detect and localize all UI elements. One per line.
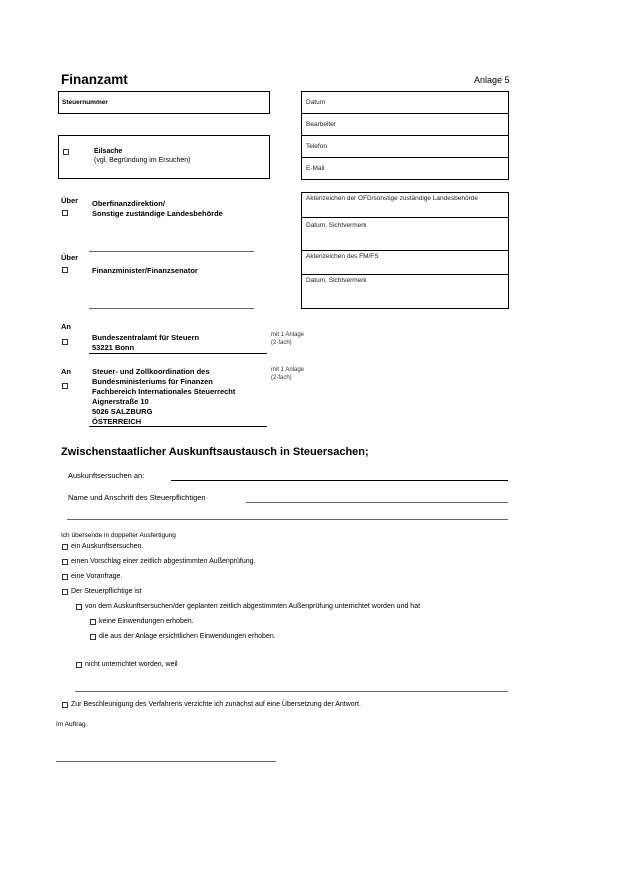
contact-table: Datum Bearbeiter Telefon E-Mail (301, 91, 509, 180)
recipient-austria-underline (89, 426, 267, 427)
not-informed-reason-field[interactable] (75, 691, 508, 692)
via-fm-signature-line (89, 308, 254, 309)
email-field[interactable]: E-Mail (302, 158, 508, 179)
ofd-reference-field[interactable]: Aktenzeichen der OFD/sonstige zuständige… (302, 193, 508, 218)
urgent-checkbox[interactable] (63, 149, 69, 155)
date-label: Datum (306, 99, 325, 106)
recipient-austria-line5: 5026 SALZBURG (92, 407, 235, 417)
intro-text: Ich übersende in doppelter Ausfertigung (61, 532, 176, 539)
recipient-prefix-1: An (61, 322, 71, 331)
reference-table: Aktenzeichen der OFD/sonstige zuständige… (301, 192, 509, 309)
option-translation-waiver-label: Zur Beschleunigung des Verfahrens verzic… (71, 701, 361, 708)
via-ofd-checkbox[interactable] (62, 210, 68, 216)
annex-label: Anlage 5 (474, 75, 510, 85)
ofd-date-label: Datum, Sichtvermerk (306, 222, 367, 229)
option-translation-waiver-checkbox[interactable] (62, 702, 68, 708)
via-fm-line1: Finanzminister/Finanzsenator (92, 266, 198, 275)
option-preliminary-label: eine Voranfrage. (71, 573, 122, 580)
option-informed-label: von dem Auskunftsersuchen/der geplanten … (85, 603, 420, 610)
option-no-objections[interactable]: keine Einwendungen erhoben. (90, 618, 194, 625)
option-joint-audit[interactable]: einen Vorschlag einer zeitlich abgestimm… (62, 558, 255, 565)
recipient-prefix-2: An (61, 367, 71, 376)
option-joint-audit-checkbox[interactable] (62, 559, 68, 565)
taxpayer-label: Name und Anschrift des Steuerpflichtigen (68, 493, 206, 502)
recipient-austria-line3: Fachbereich Internationales Steuerrecht (92, 387, 235, 397)
via-prefix-1: Über (61, 196, 78, 205)
via-fm-checkbox[interactable] (62, 267, 68, 273)
option-request[interactable]: ein Auskunftsersuchen. (62, 543, 143, 550)
request-to-field[interactable] (171, 480, 508, 481)
date-field[interactable]: Datum (302, 92, 508, 114)
fm-reference-label: Aktenzeichen des FM/FS (306, 253, 379, 260)
option-not-informed-checkbox[interactable] (76, 662, 82, 668)
recipient-bzst-annex-copies: (2-fach) (271, 340, 292, 346)
phone-field[interactable]: Telefon (302, 136, 508, 158)
fm-date-label: Datum, Sichtvermerk (306, 277, 367, 284)
option-taxpayer-label: Der Steuerpflichtige ist (71, 588, 141, 595)
recipient-bzst-underline (89, 353, 267, 354)
option-request-checkbox[interactable] (62, 544, 68, 550)
via-ofd-line1: Oberfinanzdirektion/ (92, 199, 165, 208)
option-not-informed-label: nicht unterrichtet worden, weil (85, 661, 178, 668)
via-prefix-2: Über (61, 253, 78, 262)
option-taxpayer[interactable]: Der Steuerpflichtige ist (62, 588, 141, 595)
tax-number-label: Steuernummer (62, 99, 108, 106)
via-ofd-line2: Sonstige zuständige Landesbehörde (92, 209, 223, 218)
tax-number-field[interactable]: Steuernummer (58, 91, 270, 114)
recipient-bzst-checkbox[interactable] (62, 339, 68, 345)
recipient-austria-address: Steuer- und Zollkoordination des Bundesm… (92, 367, 235, 427)
recipient-bzst-city: 53221 Bonn (92, 343, 134, 352)
option-request-label: ein Auskunftsersuchen. (71, 543, 143, 550)
option-preliminary-checkbox[interactable] (62, 574, 68, 580)
option-no-objections-label: keine Einwendungen erhoben. (99, 618, 194, 625)
recipient-austria-annex-note: mit 1 Anlage (271, 367, 304, 373)
option-taxpayer-checkbox[interactable] (62, 589, 68, 595)
phone-label: Telefon (306, 143, 327, 150)
signature-label: Im Auftrag (56, 721, 86, 728)
clerk-field[interactable]: Bearbeiter (302, 114, 508, 136)
office-title: Finanzamt (61, 72, 128, 87)
option-objections[interactable]: die aus der Anlage ersichtlichen Einwend… (90, 633, 276, 640)
recipient-austria-line2: Bundesministeriums für Finanzen (92, 377, 235, 387)
recipient-austria-line4: Aignerstraße 10 (92, 397, 235, 407)
option-preliminary[interactable]: eine Voranfrage. (62, 573, 122, 580)
signature-line[interactable] (56, 761, 276, 762)
fm-reference-field[interactable]: Aktenzeichen des FM/FS (302, 251, 508, 275)
via-ofd-signature-line (89, 251, 254, 252)
email-label: E-Mail (306, 165, 324, 172)
ofd-date-field[interactable]: Datum, Sichtvermerk (302, 218, 508, 251)
recipient-austria-checkbox[interactable] (62, 383, 68, 389)
option-not-informed[interactable]: nicht unterrichtet worden, weil (76, 661, 178, 668)
option-objections-label: die aus der Anlage ersichtlichen Einwend… (99, 633, 276, 640)
urgent-label: Eilsache (94, 148, 122, 155)
taxpayer-field-line2[interactable] (67, 519, 508, 520)
subject-heading: Zwischenstaatlicher Auskunftsaustausch i… (61, 446, 369, 458)
option-no-objections-checkbox[interactable] (90, 619, 96, 625)
recipient-austria-line1: Steuer- und Zollkoordination des (92, 367, 235, 377)
option-translation-waiver[interactable]: Zur Beschleunigung des Verfahrens verzic… (62, 701, 361, 708)
option-informed[interactable]: von dem Auskunftsersuchen/der geplanten … (76, 603, 420, 610)
urgent-note: (vgl. Begründung im Ersuchen) (94, 157, 191, 164)
urgent-box: Eilsache (vgl. Begründung im Ersuchen) (58, 135, 270, 179)
ofd-reference-label: Aktenzeichen der OFD/sonstige zuständige… (306, 195, 478, 202)
option-objections-checkbox[interactable] (90, 634, 96, 640)
request-to-label: Auskunftsersuchen an: (68, 471, 144, 480)
option-joint-audit-label: einen Vorschlag einer zeitlich abgestimm… (71, 558, 255, 565)
recipient-austria-annex-copies: (2-fach) (271, 375, 292, 381)
taxpayer-field[interactable] (246, 502, 508, 503)
option-informed-checkbox[interactable] (76, 604, 82, 610)
fm-date-field[interactable]: Datum, Sichtvermerk (302, 275, 508, 308)
clerk-label: Bearbeiter (306, 121, 336, 128)
recipient-bzst-annex-note: mit 1 Anlage (271, 332, 304, 338)
recipient-bzst-name: Bundeszentralamt für Steuern (92, 333, 199, 342)
